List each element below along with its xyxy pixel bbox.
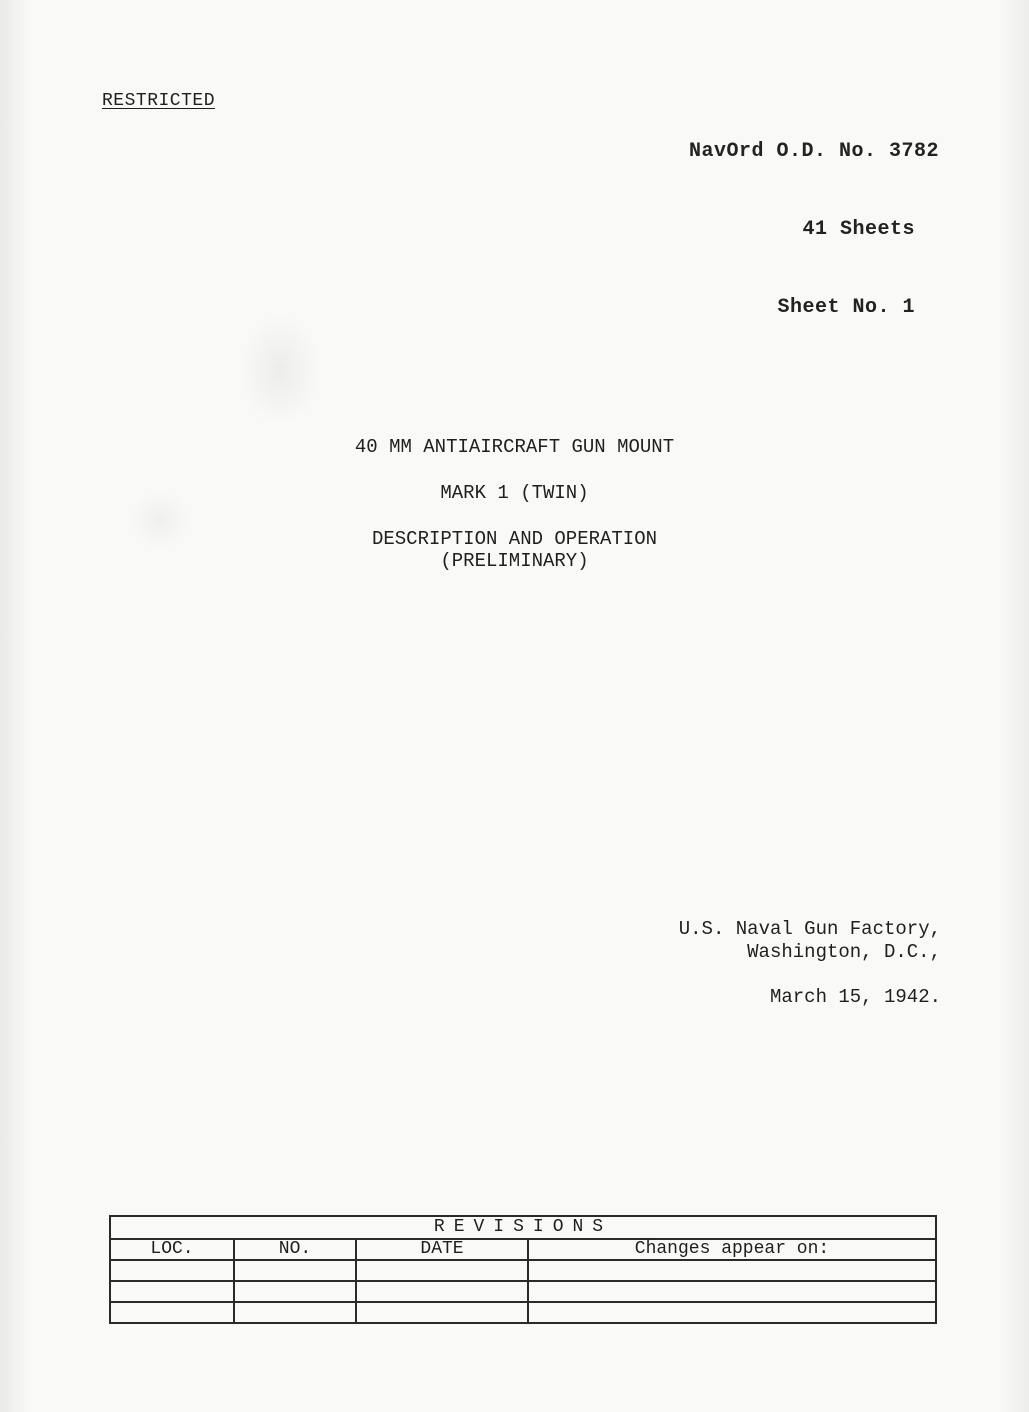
sheet-number: Sheet No. 1 xyxy=(689,295,939,321)
table-row xyxy=(110,1260,936,1281)
sheets-total: 41 Sheets xyxy=(689,217,939,243)
table-row xyxy=(110,1281,936,1302)
cell-changes xyxy=(528,1281,936,1302)
column-header-date: DATE xyxy=(356,1239,528,1260)
issuing-organization: U.S. Naval Gun Factory, xyxy=(679,918,941,941)
issuing-location: Washington, D.C., xyxy=(747,941,941,964)
classification-marking: RESTRICTED xyxy=(102,90,215,113)
revisions-table: REVISIONS LOC. NO. DATE Changes appear o… xyxy=(109,1215,937,1324)
cell-no xyxy=(234,1302,356,1323)
cell-no xyxy=(234,1281,356,1302)
column-header-loc: LOC. xyxy=(110,1239,234,1260)
cell-changes xyxy=(528,1302,936,1323)
title-line-3: DESCRIPTION AND OPERATION xyxy=(0,528,1029,550)
cell-loc xyxy=(110,1260,234,1281)
cell-no xyxy=(234,1260,356,1281)
cell-loc xyxy=(110,1281,234,1302)
revisions-header-row: LOC. NO. DATE Changes appear on: xyxy=(110,1239,936,1260)
doc-number: NavOrd O.D. No. 3782 xyxy=(689,139,939,165)
issue-date: March 15, 1942. xyxy=(770,986,941,1009)
revisions-caption: REVISIONS xyxy=(110,1216,936,1239)
column-header-no: NO. xyxy=(234,1239,356,1260)
cell-date xyxy=(356,1302,528,1323)
title-line-4: (PRELIMINARY) xyxy=(0,550,1029,572)
column-header-changes: Changes appear on: xyxy=(528,1239,936,1260)
cell-date xyxy=(356,1281,528,1302)
cell-loc xyxy=(110,1302,234,1323)
cell-date xyxy=(356,1260,528,1281)
title-line-1: 40 MM ANTIAIRCRAFT GUN MOUNT xyxy=(0,436,1029,458)
title-line-2: MARK 1 (TWIN) xyxy=(0,482,1029,504)
table-row xyxy=(110,1302,936,1323)
cell-changes xyxy=(528,1260,936,1281)
document-identifier: NavOrd O.D. No. 3782 41 Sheets Sheet No.… xyxy=(689,87,939,347)
